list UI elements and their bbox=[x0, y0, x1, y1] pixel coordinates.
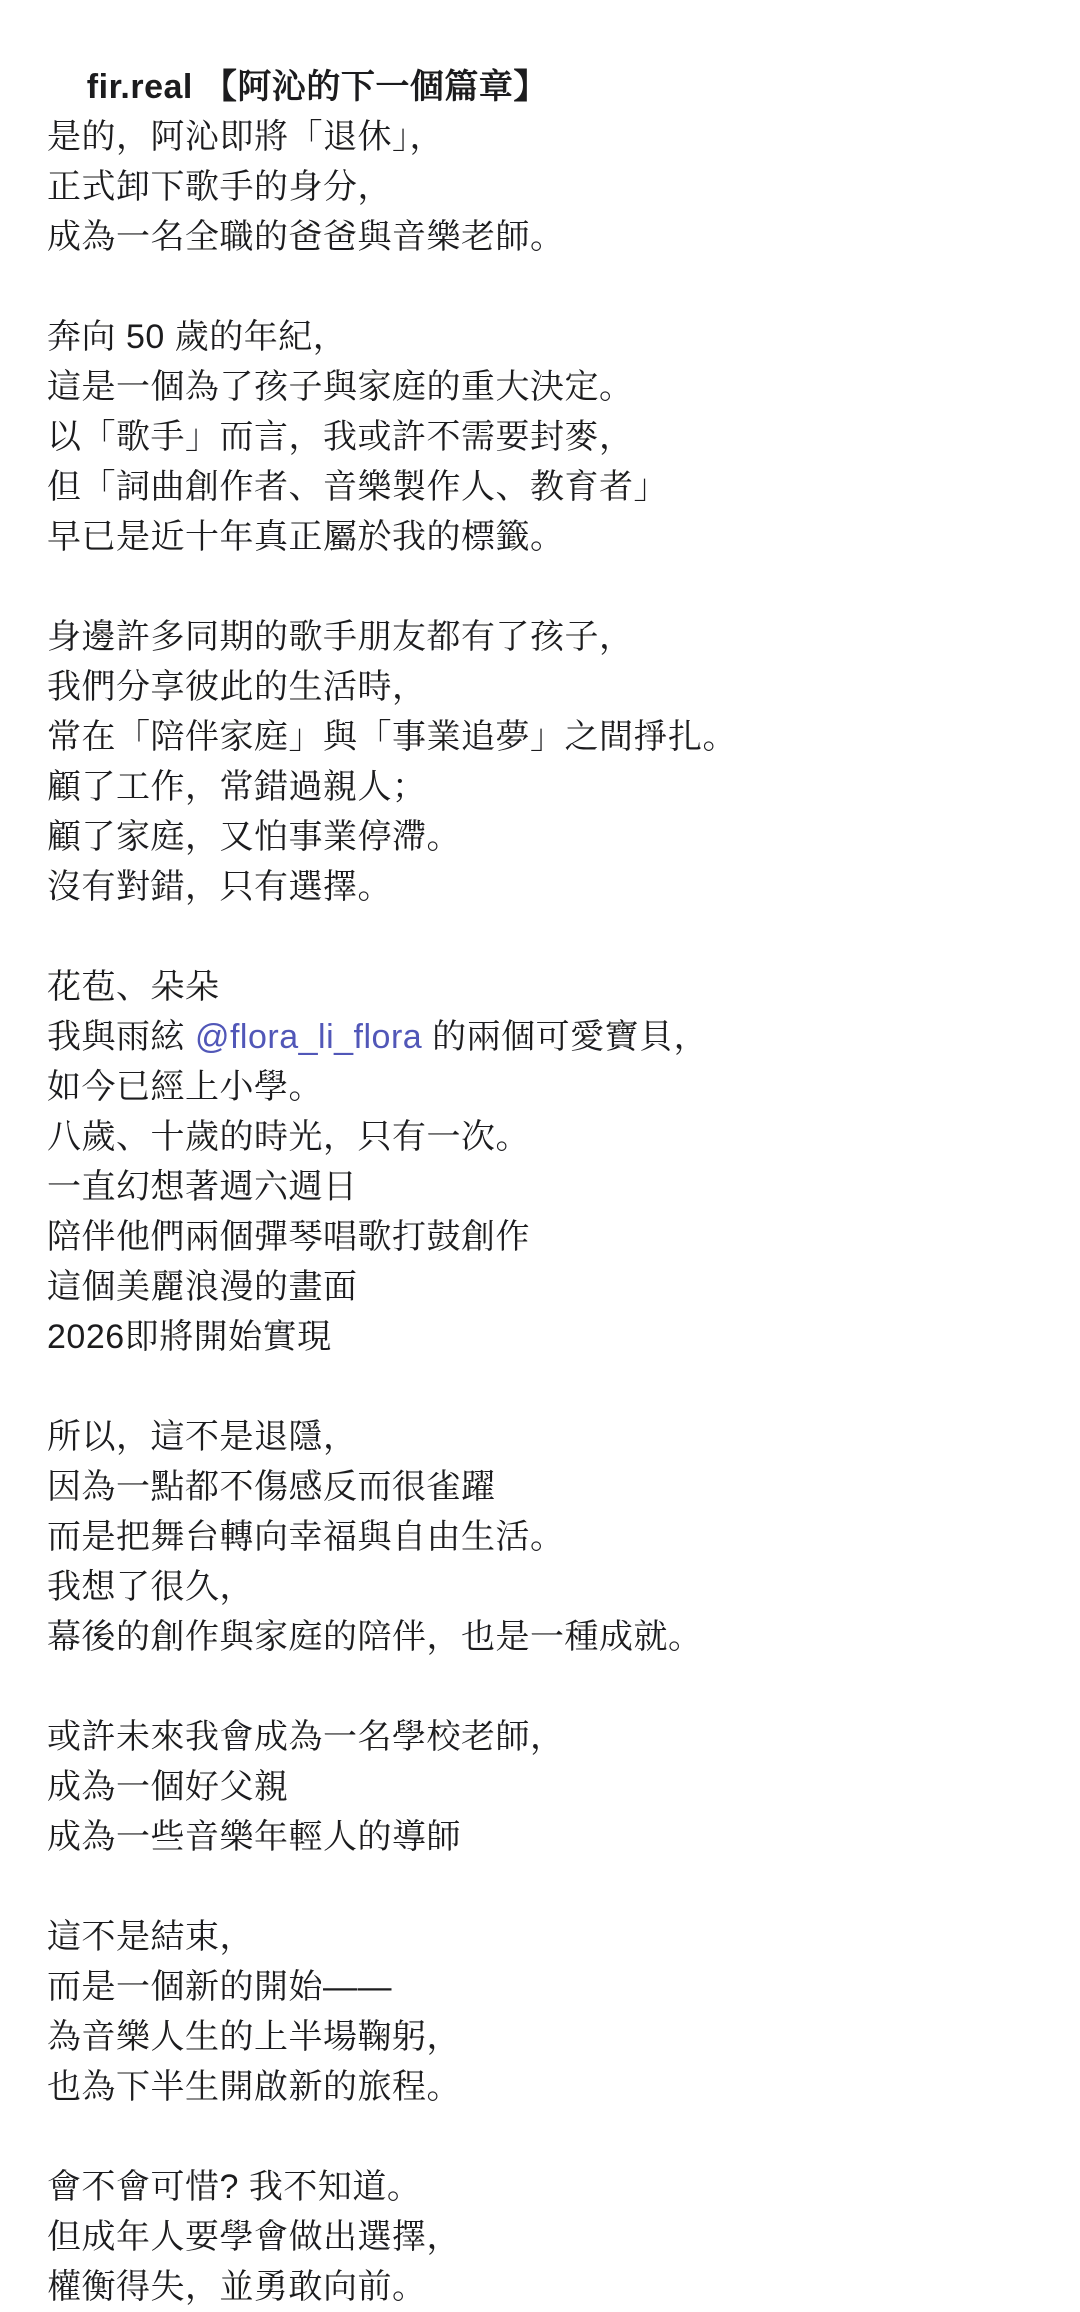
caption-text: 幕後的創作與家庭的陪伴，也是一種成就。 bbox=[47, 1618, 703, 1656]
caption-line: 因為一點都不傷感反而很雀躍 bbox=[47, 1462, 1050, 1512]
author-username[interactable]: fir.real bbox=[87, 68, 193, 106]
caption-line: 一直幻想著週六週日 bbox=[47, 1162, 1050, 1212]
caption-line: 是的，阿沁即將「退休」， bbox=[47, 112, 1050, 162]
caption-text: 的兩個可愛寶貝， bbox=[422, 1018, 708, 1056]
caption-text: 我與雨絃 bbox=[47, 1018, 195, 1056]
caption-text: 這是一個為了孩子與家庭的重大決定。 bbox=[47, 368, 634, 406]
caption-line: 會不會可惜? 我不知道。 bbox=[47, 2162, 1050, 2212]
caption-line: 但「詞曲創作者、音樂製作人、教育者」 bbox=[47, 462, 1050, 512]
paragraph-spacer bbox=[47, 562, 1050, 612]
caption-line: 常在「陪伴家庭」與「事業追夢」之間掙扎。 bbox=[47, 712, 1050, 762]
caption-line: 這個美麗浪漫的畫面 bbox=[47, 1262, 1050, 1312]
caption-line: 這是一個為了孩子與家庭的重大決定。 bbox=[47, 362, 1050, 412]
caption-text: 八歲、十歲的時光，只有一次。 bbox=[47, 1118, 530, 1156]
caption-line: 成為一些音樂年輕人的導師 bbox=[47, 1812, 1050, 1862]
caption-text: 顧了家庭，又怕事業停滯。 bbox=[47, 818, 461, 856]
caption-text: 會不會可惜? 我不知道。 bbox=[47, 2168, 421, 2206]
post-caption: fir.real【阿沁的下一個篇章】 是的，阿沁即將「退休」，正式卸下歌手的身分… bbox=[47, 12, 1050, 2297]
paragraph-spacer bbox=[47, 2112, 1050, 2162]
caption-text: 權衡得失，並勇敢向前。 bbox=[47, 2268, 427, 2297]
caption-text: 常在「陪伴家庭」與「事業追夢」之間掙扎。 bbox=[47, 718, 737, 756]
caption-text: 為音樂人生的上半場鞠躬， bbox=[47, 2018, 461, 2056]
paragraph-spacer bbox=[47, 262, 1050, 312]
caption-line: 陪伴他們兩個彈琴唱歌打鼓創作 bbox=[47, 1212, 1050, 1262]
caption-text: 早已是近十年真正屬於我的標籤。 bbox=[47, 518, 565, 556]
caption-text: 一直幻想著週六週日 bbox=[47, 1168, 358, 1206]
mention-link[interactable]: @flora_li_flora bbox=[195, 1018, 422, 1056]
caption-text: 身邊許多同期的歌手朋友都有了孩子， bbox=[47, 618, 634, 656]
paragraph-spacer bbox=[47, 1662, 1050, 1712]
caption-text: 這不是結束， bbox=[47, 1918, 254, 1956]
caption-line: 這不是結束， bbox=[47, 1912, 1050, 1962]
caption-line: 為音樂人生的上半場鞠躬， bbox=[47, 2012, 1050, 2062]
caption-line: 我與雨絃 @flora_li_flora 的兩個可愛寶貝， bbox=[47, 1012, 1050, 1062]
caption-text: 2026即將開始實現 bbox=[47, 1318, 332, 1356]
caption-line: 以「歌手」而言，我或許不需要封麥， bbox=[47, 412, 1050, 462]
caption-text: 如今已經上小學。 bbox=[47, 1068, 323, 1106]
caption-line: 權衡得失，並勇敢向前。 bbox=[47, 2262, 1050, 2297]
caption-line: 成為一名全職的爸爸與音樂老師。 bbox=[47, 212, 1050, 262]
caption-text: 花苞、朵朵 bbox=[47, 968, 220, 1006]
caption-line: 花苞、朵朵 bbox=[47, 962, 1050, 1012]
post-title: 【阿沁的下一個篇章】 bbox=[203, 68, 548, 106]
caption-text: 陪伴他們兩個彈琴唱歌打鼓創作 bbox=[47, 1218, 530, 1256]
caption-line: 顧了工作，常錯過親人； bbox=[47, 762, 1050, 812]
caption-text: 奔向 50 歲的年紀， bbox=[47, 318, 347, 356]
caption-line: 正式卸下歌手的身分， bbox=[47, 162, 1050, 212]
caption-text: 沒有對錯，只有選擇。 bbox=[47, 868, 392, 906]
paragraph-spacer bbox=[47, 1862, 1050, 1912]
caption-text: 以「歌手」而言，我或許不需要封麥， bbox=[47, 418, 634, 456]
caption-line: 而是把舞台轉向幸福與自由生活。 bbox=[47, 1512, 1050, 1562]
paragraph-spacer bbox=[47, 912, 1050, 962]
caption-line: 如今已經上小學。 bbox=[47, 1062, 1050, 1112]
caption-line: 我想了很久， bbox=[47, 1562, 1050, 1612]
caption-line: 成為一個好父親 bbox=[47, 1762, 1050, 1812]
caption-text: 所以，這不是退隱， bbox=[47, 1418, 358, 1456]
caption-text: 而是一個新的開始—— bbox=[47, 1968, 392, 2006]
caption-line: 2026即將開始實現 bbox=[47, 1312, 1050, 1362]
paragraph-spacer bbox=[47, 1362, 1050, 1412]
caption-text: 因為一點都不傷感反而很雀躍 bbox=[47, 1468, 496, 1506]
caption-line: 沒有對錯，只有選擇。 bbox=[47, 862, 1050, 912]
caption-line: 或許未來我會成為一名學校老師， bbox=[47, 1712, 1050, 1762]
caption-text: 是的，阿沁即將「退休」， bbox=[47, 118, 444, 156]
caption-text: 成為一個好父親 bbox=[47, 1768, 289, 1806]
caption-text: 我想了很久， bbox=[47, 1568, 254, 1606]
caption-text: 但「詞曲創作者、音樂製作人、教育者」 bbox=[47, 468, 668, 506]
caption-line: 早已是近十年真正屬於我的標籤。 bbox=[47, 512, 1050, 562]
caption-line: 奔向 50 歲的年紀， bbox=[47, 312, 1050, 362]
caption-text: 但成年人要學會做出選擇， bbox=[47, 2218, 461, 2256]
caption-line: 八歲、十歲的時光，只有一次。 bbox=[47, 1112, 1050, 1162]
caption-text: 正式卸下歌手的身分， bbox=[47, 168, 392, 206]
caption-text: 這個美麗浪漫的畫面 bbox=[47, 1268, 358, 1306]
caption-text: 或許未來我會成為一名學校老師， bbox=[47, 1718, 565, 1756]
caption-line: 幕後的創作與家庭的陪伴，也是一種成就。 bbox=[47, 1612, 1050, 1662]
caption-line: 所以，這不是退隱， bbox=[47, 1412, 1050, 1462]
caption-text: 顧了工作，常錯過親人； bbox=[47, 768, 427, 806]
caption-line: 身邊許多同期的歌手朋友都有了孩子， bbox=[47, 612, 1050, 662]
caption-line: 也為下半生開啟新的旅程。 bbox=[47, 2062, 1050, 2112]
caption-line: 我們分享彼此的生活時， bbox=[47, 662, 1050, 712]
caption-line: 但成年人要學會做出選擇， bbox=[47, 2212, 1050, 2262]
caption-text: 成為一些音樂年輕人的導師 bbox=[47, 1818, 461, 1856]
caption-text: 成為一名全職的爸爸與音樂老師。 bbox=[47, 218, 565, 256]
caption-text: 而是把舞台轉向幸福與自由生活。 bbox=[47, 1518, 565, 1556]
caption-text: 也為下半生開啟新的旅程。 bbox=[47, 2068, 461, 2106]
caption-text: 我們分享彼此的生活時， bbox=[47, 668, 427, 706]
caption-line: 顧了家庭，又怕事業停滯。 bbox=[47, 812, 1050, 862]
caption-line: 而是一個新的開始—— bbox=[47, 1962, 1050, 2012]
caption-header: fir.real【阿沁的下一個篇章】 bbox=[47, 12, 1050, 62]
caption-body: 是的，阿沁即將「退休」，正式卸下歌手的身分，成為一名全職的爸爸與音樂老師。奔向 … bbox=[47, 112, 1050, 2297]
